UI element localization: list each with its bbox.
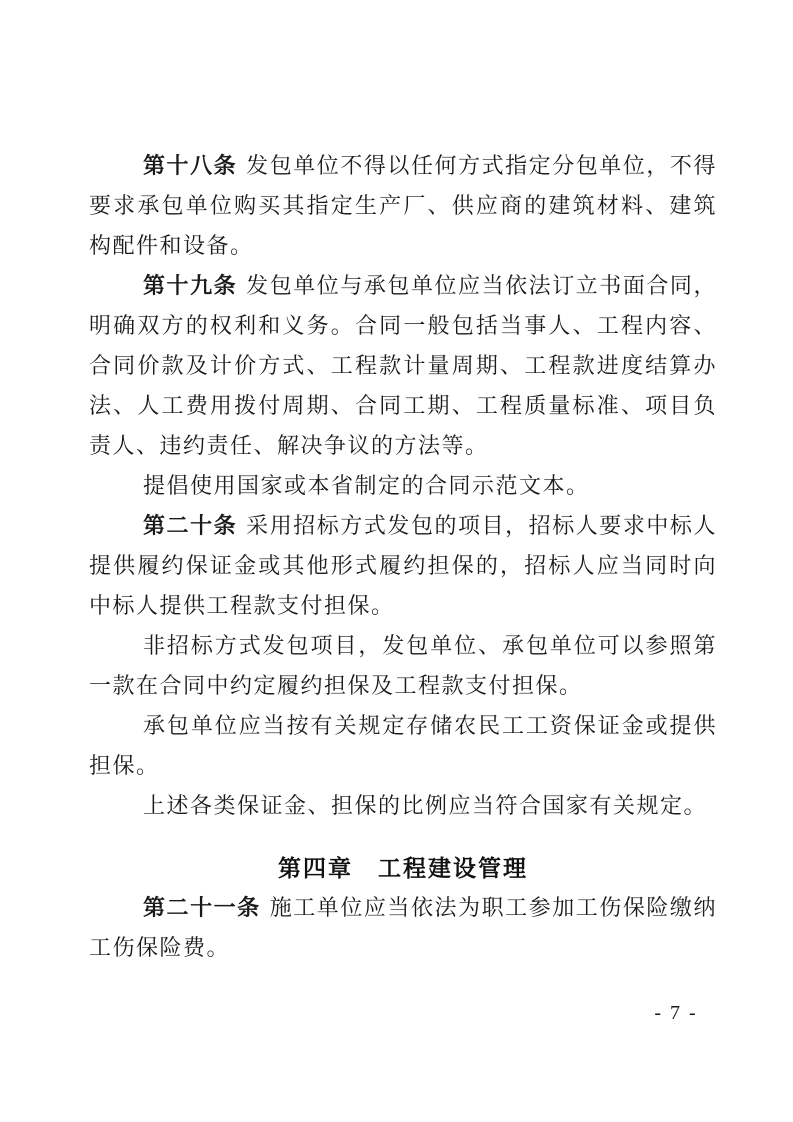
page-number: - 7 - — [648, 1000, 704, 1026]
article-19-number: 第十九条 — [143, 273, 237, 298]
article-19-text: 发包单位与承包单位应当依法订立书面合同，明确双方的权利和义务。合同一般包括当事人… — [89, 273, 717, 458]
paragraph-model-contract-text: 提倡使用国家或本省制定的合同示范文本。 — [89, 466, 717, 506]
document-page: 第十八条发包单位不得以任何方式指定分包单位，不得要求承包单位购买其指定生产厂、供… — [0, 0, 793, 1122]
paragraph-non-bidding-projects: 非招标方式发包项目，发包单位、承包单位可以参照第一款在合同中约定履约担保及工程款… — [89, 626, 717, 706]
article-18-number: 第十八条 — [143, 153, 237, 178]
paragraph-article-20: 第二十条采用招标方式发包的项目，招标人要求中标人提供履约保证金或其他形式履约担保… — [89, 506, 717, 626]
paragraph-article-21: 第二十一条施工单位应当依法为职工参加工伤保险缴纳工伤保险费。 — [89, 888, 717, 968]
document-content: 第十八条发包单位不得以任何方式指定分包单位，不得要求承包单位购买其指定生产厂、供… — [89, 146, 717, 968]
paragraph-article-19: 第十九条发包单位与承包单位应当依法订立书面合同，明确双方的权利和义务。合同一般包… — [89, 266, 717, 466]
paragraph-wage-deposit: 承包单位应当按有关规定存储农民工工资保证金或提供担保。 — [89, 706, 717, 786]
chapter-4-heading: 第四章 工程建设管理 — [89, 848, 717, 888]
article-20-number: 第二十条 — [143, 513, 237, 538]
paragraph-article-18: 第十八条发包单位不得以任何方式指定分包单位，不得要求承包单位购买其指定生产厂、供… — [89, 146, 717, 266]
paragraph-deposit-ratio: 上述各类保证金、担保的比例应当符合国家有关规定。 — [89, 786, 717, 826]
article-21-number: 第二十一条 — [143, 895, 261, 920]
